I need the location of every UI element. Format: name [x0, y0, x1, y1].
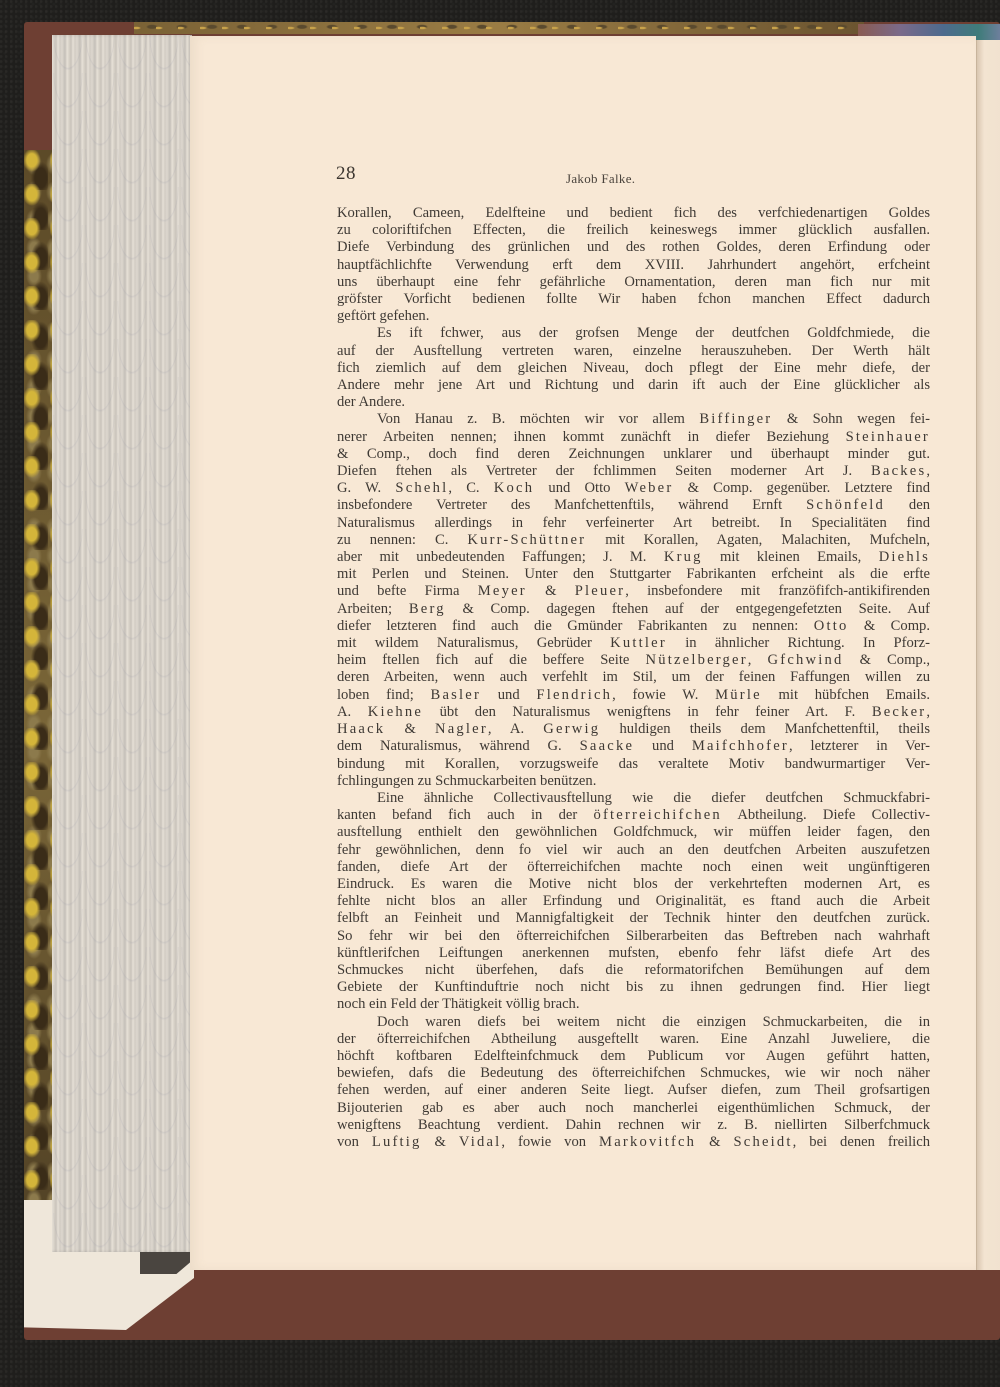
- text-line: diefer letzteren find auch die Gmünder F…: [337, 618, 930, 635]
- text-line: Korallen, Cameen, Edelfteine und bedient…: [337, 205, 930, 222]
- text-line: fehen werden, auf einer anderen Seite li…: [337, 1082, 930, 1099]
- text-line: Gebiete der Kunftinduftrie noch nicht bi…: [337, 979, 930, 996]
- text-line: der Andere.: [337, 394, 930, 411]
- text-line: Bijouterien gab es aber auch noch manche…: [337, 1100, 930, 1117]
- text-line: auf der Ausftellung vertreten waren, ein…: [337, 343, 930, 360]
- text-line: Eindruck. Es waren die Motive nicht blos…: [337, 876, 930, 893]
- text-line: mit wildem Naturalismus, Gebrüder Kuttle…: [337, 635, 930, 652]
- spaced-name: Otto: [814, 618, 849, 634]
- spaced-name: Kurr-Schüttner: [467, 532, 586, 548]
- text-line: insbefondere Vertreter des Manfchettenft…: [337, 497, 930, 514]
- text-line: Diefen ftehen als Vertreter der fchlimme…: [337, 463, 930, 480]
- text-line: fehlte nicht blos an aller Erfindung und…: [337, 893, 930, 910]
- text-line: Es ift fchwer, aus der grofsen Menge der…: [337, 325, 930, 342]
- text-line: felbft an Feinheit und Mannigfaltigkeit …: [337, 910, 930, 927]
- text-line: loben find; Basler und Flendrich, fowie …: [337, 687, 930, 704]
- text-line: kanten befand fich auch in der öfterreic…: [337, 807, 930, 824]
- cover-marbled-edge-top: [134, 22, 864, 34]
- spaced-name: Nagler: [435, 721, 488, 737]
- spaced-name: Markovitfch: [599, 1134, 696, 1150]
- paragraph: Korallen, Cameen, Edelfteine und bedient…: [337, 205, 930, 325]
- cover-marbled-board-left: [24, 150, 52, 1320]
- text-line: deren Arbeiten, wenn auch verfehlt im St…: [337, 669, 930, 686]
- spaced-name: Pleuer: [575, 583, 625, 599]
- text-line: und befte Firma Meyer & Pleuer, insbefon…: [337, 583, 930, 600]
- text-line: ausftellung enthielt den gewöhnlichen Go…: [337, 824, 930, 841]
- next-page-edge: [976, 40, 1000, 1270]
- text-line: dem Naturalismus, während G. Saacke und …: [337, 738, 930, 755]
- text-line: gröfster Vorficht bedienen follte Wir ha…: [337, 291, 930, 308]
- text-line: G. W. Schehl, C. Koch und Otto Weber & C…: [337, 480, 930, 497]
- text-line: der öfterreichifchen Abtheilung ausgefte…: [337, 1031, 930, 1048]
- paragraph: Doch waren diefs bei weitem nicht die ei…: [337, 1014, 930, 1152]
- text-line: Schmuckes nicht überfehen, dafs die refo…: [337, 962, 930, 979]
- text-line: So fehr wir bei den öfterreichifchen Sil…: [337, 928, 930, 945]
- text-line: höchft koftbaren Edelfteinfchmuck dem Pu…: [337, 1048, 930, 1065]
- spaced-name: Nützelberger: [645, 652, 747, 668]
- spaced-name: Meyer: [478, 583, 527, 599]
- spaced-name: Steinhauer: [846, 429, 930, 445]
- text-line: Eine ähnliche Collectivausftellung wie d…: [337, 790, 930, 807]
- spaced-name: Kiehne: [368, 704, 423, 720]
- spaced-name: Vidal: [459, 1134, 502, 1150]
- text-line: Andere mehr jene Art und Richtung und da…: [337, 377, 930, 394]
- spaced-name: Becker: [872, 704, 927, 720]
- text-line: zu coloriftifchen Effecten, die freilich…: [337, 222, 930, 239]
- spaced-name: öfterreichifchen: [593, 807, 721, 823]
- spaced-name: Schehl: [395, 480, 448, 496]
- spaced-name: Luftig: [372, 1134, 422, 1150]
- spaced-name: Koch: [494, 480, 534, 496]
- text-line: hauptfächlichfte Verwendung erft dem XVI…: [337, 257, 930, 274]
- text-line: Doch waren diefs bei weitem nicht die ei…: [337, 1014, 930, 1031]
- spaced-name: Basler: [431, 687, 481, 703]
- spaced-name: Scheidt: [733, 1134, 792, 1150]
- paragraph: Von Hanau z. B. möchten wir vor allem Bi…: [337, 411, 930, 789]
- text-line: fich ziemlich auf dem gleichen Niveau, d…: [337, 360, 930, 377]
- spaced-name: Haack: [337, 721, 385, 737]
- spaced-name: Flendrich: [536, 687, 612, 703]
- spaced-name: Gfchwind: [768, 652, 844, 668]
- text-line: Naturalismus allerdings in fehr verfeine…: [337, 515, 930, 532]
- paragraph: Es ift fchwer, aus der grofsen Menge der…: [337, 325, 930, 411]
- spaced-name: Mürle: [715, 687, 762, 703]
- text-line: A. Kiehne übt den Naturalismus wenigften…: [337, 704, 930, 721]
- spaced-name: Berg: [409, 601, 446, 617]
- text-line: noch ein Feld der Thätigkeit völlig brac…: [337, 996, 930, 1013]
- running-head: 28 Jakob Falke.: [336, 163, 926, 193]
- spaced-name: Biffinger: [699, 411, 772, 427]
- text-line: Diefe Verbindung des grünlichen und des …: [337, 239, 930, 256]
- text-line: von Luftig & Vidal, fowie von Markovitfc…: [337, 1134, 930, 1151]
- body-text: Korallen, Cameen, Edelfteine und bedient…: [337, 205, 930, 1151]
- text-line: uns überhaupt eine fehr gefährliche Orna…: [337, 274, 930, 291]
- text-line: heim ftellen fich auf die beffere Seite …: [337, 652, 930, 669]
- text-line: mit Perlen und Steinen. Unter den Stuttg…: [337, 566, 930, 583]
- text-line: zu nennen: C. Kurr-Schüttner mit Koralle…: [337, 532, 930, 549]
- spaced-name: Schönfeld: [806, 497, 885, 513]
- text-line: fehr gewöhnlichen, denn fo viel wir auch…: [337, 842, 930, 859]
- text-line: fanden, diefe Art der öfterreichifchen m…: [337, 859, 930, 876]
- text-line: künftlerifchen Leiftungen anerkennen muf…: [337, 945, 930, 962]
- stacked-page-edges: [52, 35, 192, 1252]
- spaced-name: Maifchhofer: [692, 738, 789, 754]
- page-number: 28: [336, 163, 356, 185]
- text-line: Haack & Nagler, A. Gerwig huldigen theil…: [337, 721, 930, 738]
- text-line: geftört gefehen.: [337, 308, 930, 325]
- spaced-name: Gerwig: [543, 721, 600, 737]
- text-line: bewiefen, dafs die Bedeutung des öfterre…: [337, 1065, 930, 1082]
- text-line: Von Hanau z. B. möchten wir vor allem Bi…: [337, 411, 930, 428]
- text-line: bindung mit Korallen, vorzugsweife das v…: [337, 756, 930, 773]
- text-line: wenigftens Beachtung verdient. Dahin rec…: [337, 1117, 930, 1134]
- spaced-name: Backes: [871, 463, 926, 479]
- spaced-name: Diehls: [879, 549, 930, 565]
- spaced-name: Krug: [664, 549, 703, 565]
- text-line: nerer Arbeiten nennen; ihnen kommt zunäc…: [337, 429, 930, 446]
- text-line: fchlingungen zu Schmuckarbeiten benützen…: [337, 773, 930, 790]
- spaced-name: Kuttler: [610, 635, 667, 651]
- text-line: aber mit unbedeutenden Faffungen; J. M. …: [337, 549, 930, 566]
- spaced-name: Saacke: [580, 738, 635, 754]
- spaced-name: Weber: [625, 480, 674, 496]
- running-title: Jakob Falke.: [566, 171, 635, 187]
- text-line: Arbeiten; Berg & Comp. dagegen ftehen au…: [337, 601, 930, 618]
- paragraph: Eine ähnliche Collectivausftellung wie d…: [337, 790, 930, 1014]
- text-line: & Comp., doch find deren Zeichnungen unk…: [337, 446, 930, 463]
